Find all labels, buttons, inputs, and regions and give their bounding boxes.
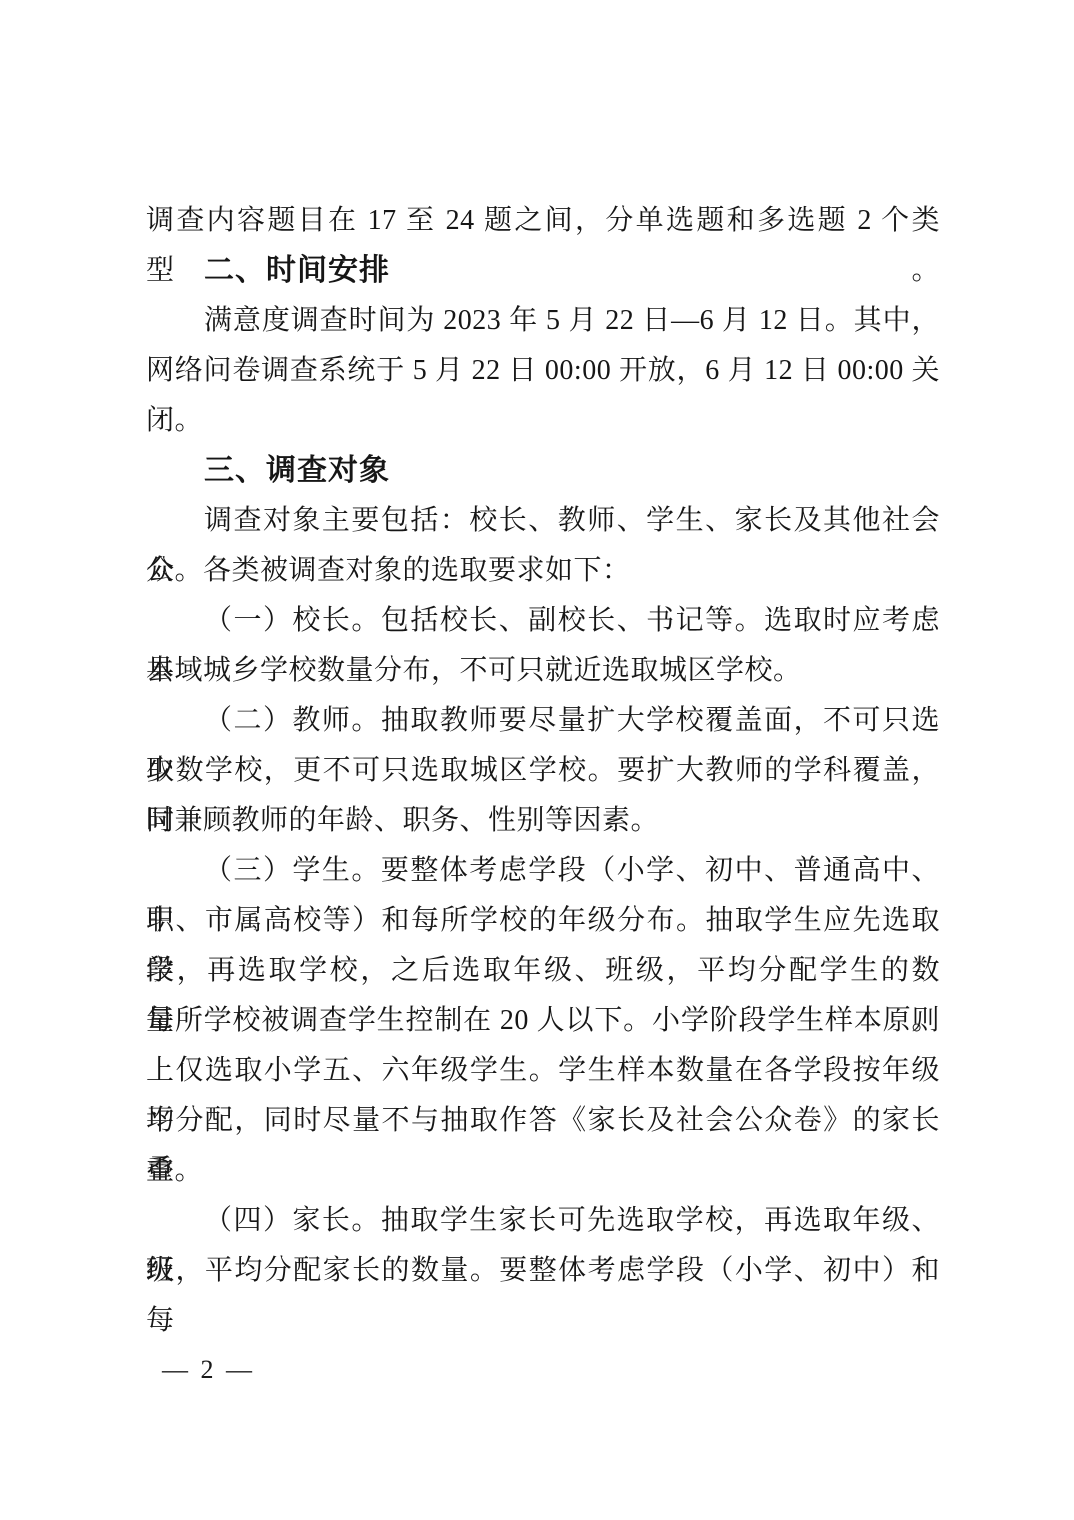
text-line: 均分配，同时尽量不与抽取作答《家长及社会公众卷》的家长重 (146, 1096, 940, 1146)
document-body: 调查内容题目在 17 至 24 题之间，分单选题和多选题 2 个类型。二、时间安… (146, 196, 940, 1296)
text-line: 调查对象主要包括：校长、教师、学生、家长及其他社会公 (146, 496, 940, 546)
text-line: 上仅选取小学五、六年级学生。学生样本数量在各学段按年级平 (146, 1046, 940, 1096)
text-line: 调查内容题目在 17 至 24 题之间，分单选题和多选题 2 个类型。 (146, 196, 940, 246)
text-line: 县域城乡学校数量分布，不可只就近选取城区学校。 (146, 646, 940, 696)
text-line: 网络问卷调查系统于 5 月 22 日 00:00 开放，6 月 12 日 00:… (146, 346, 940, 396)
text-line: （二）教师。抽取教师要尽量扩大学校覆盖面，不可只选取 (146, 696, 940, 746)
text-line: 时兼顾教师的年龄、职务、性别等因素。 (146, 796, 940, 846)
text-line: 叠。 (146, 1146, 940, 1196)
text-line: 职、市属高校等）和每所学校的年级分布。抽取学生应先选取学 (146, 896, 940, 946)
text-line: 众。各类被调查对象的选取要求如下： (146, 546, 940, 596)
text-line: 段，再选取学校，之后选取年级、班级，平均分配学生的数量。 (146, 946, 940, 996)
text-line: 满意度调查时间为 2023 年 5 月 22 日—6 月 12 日。其中， (146, 296, 940, 346)
text-line: （三）学生。要整体考虑学段（小学、初中、普通高中、中 (146, 846, 940, 896)
section-heading: 三、调查对象 (146, 446, 940, 496)
text-line: （一）校长。包括校长、副校长、书记等。选取时应考虑本 (146, 596, 940, 646)
text-line: 每所学校被调查学生控制在 20 人以下。小学阶段学生样本原则 (146, 996, 940, 1046)
document-page: 调查内容题目在 17 至 24 题之间，分单选题和多选题 2 个类型。二、时间安… (0, 0, 1074, 1520)
text-line: 闭。 (146, 396, 940, 446)
text-line: （四）家长。抽取学生家长可先选取学校，再选取年级、班 (146, 1196, 940, 1246)
text-line: 级，平均分配家长的数量。要整体考虑学段（小学、初中）和每 (146, 1246, 940, 1296)
text-line: 少数学校，更不可只选取城区学校。要扩大教师的学科覆盖，同 (146, 746, 940, 796)
page-number: — 2 — (162, 1353, 255, 1387)
